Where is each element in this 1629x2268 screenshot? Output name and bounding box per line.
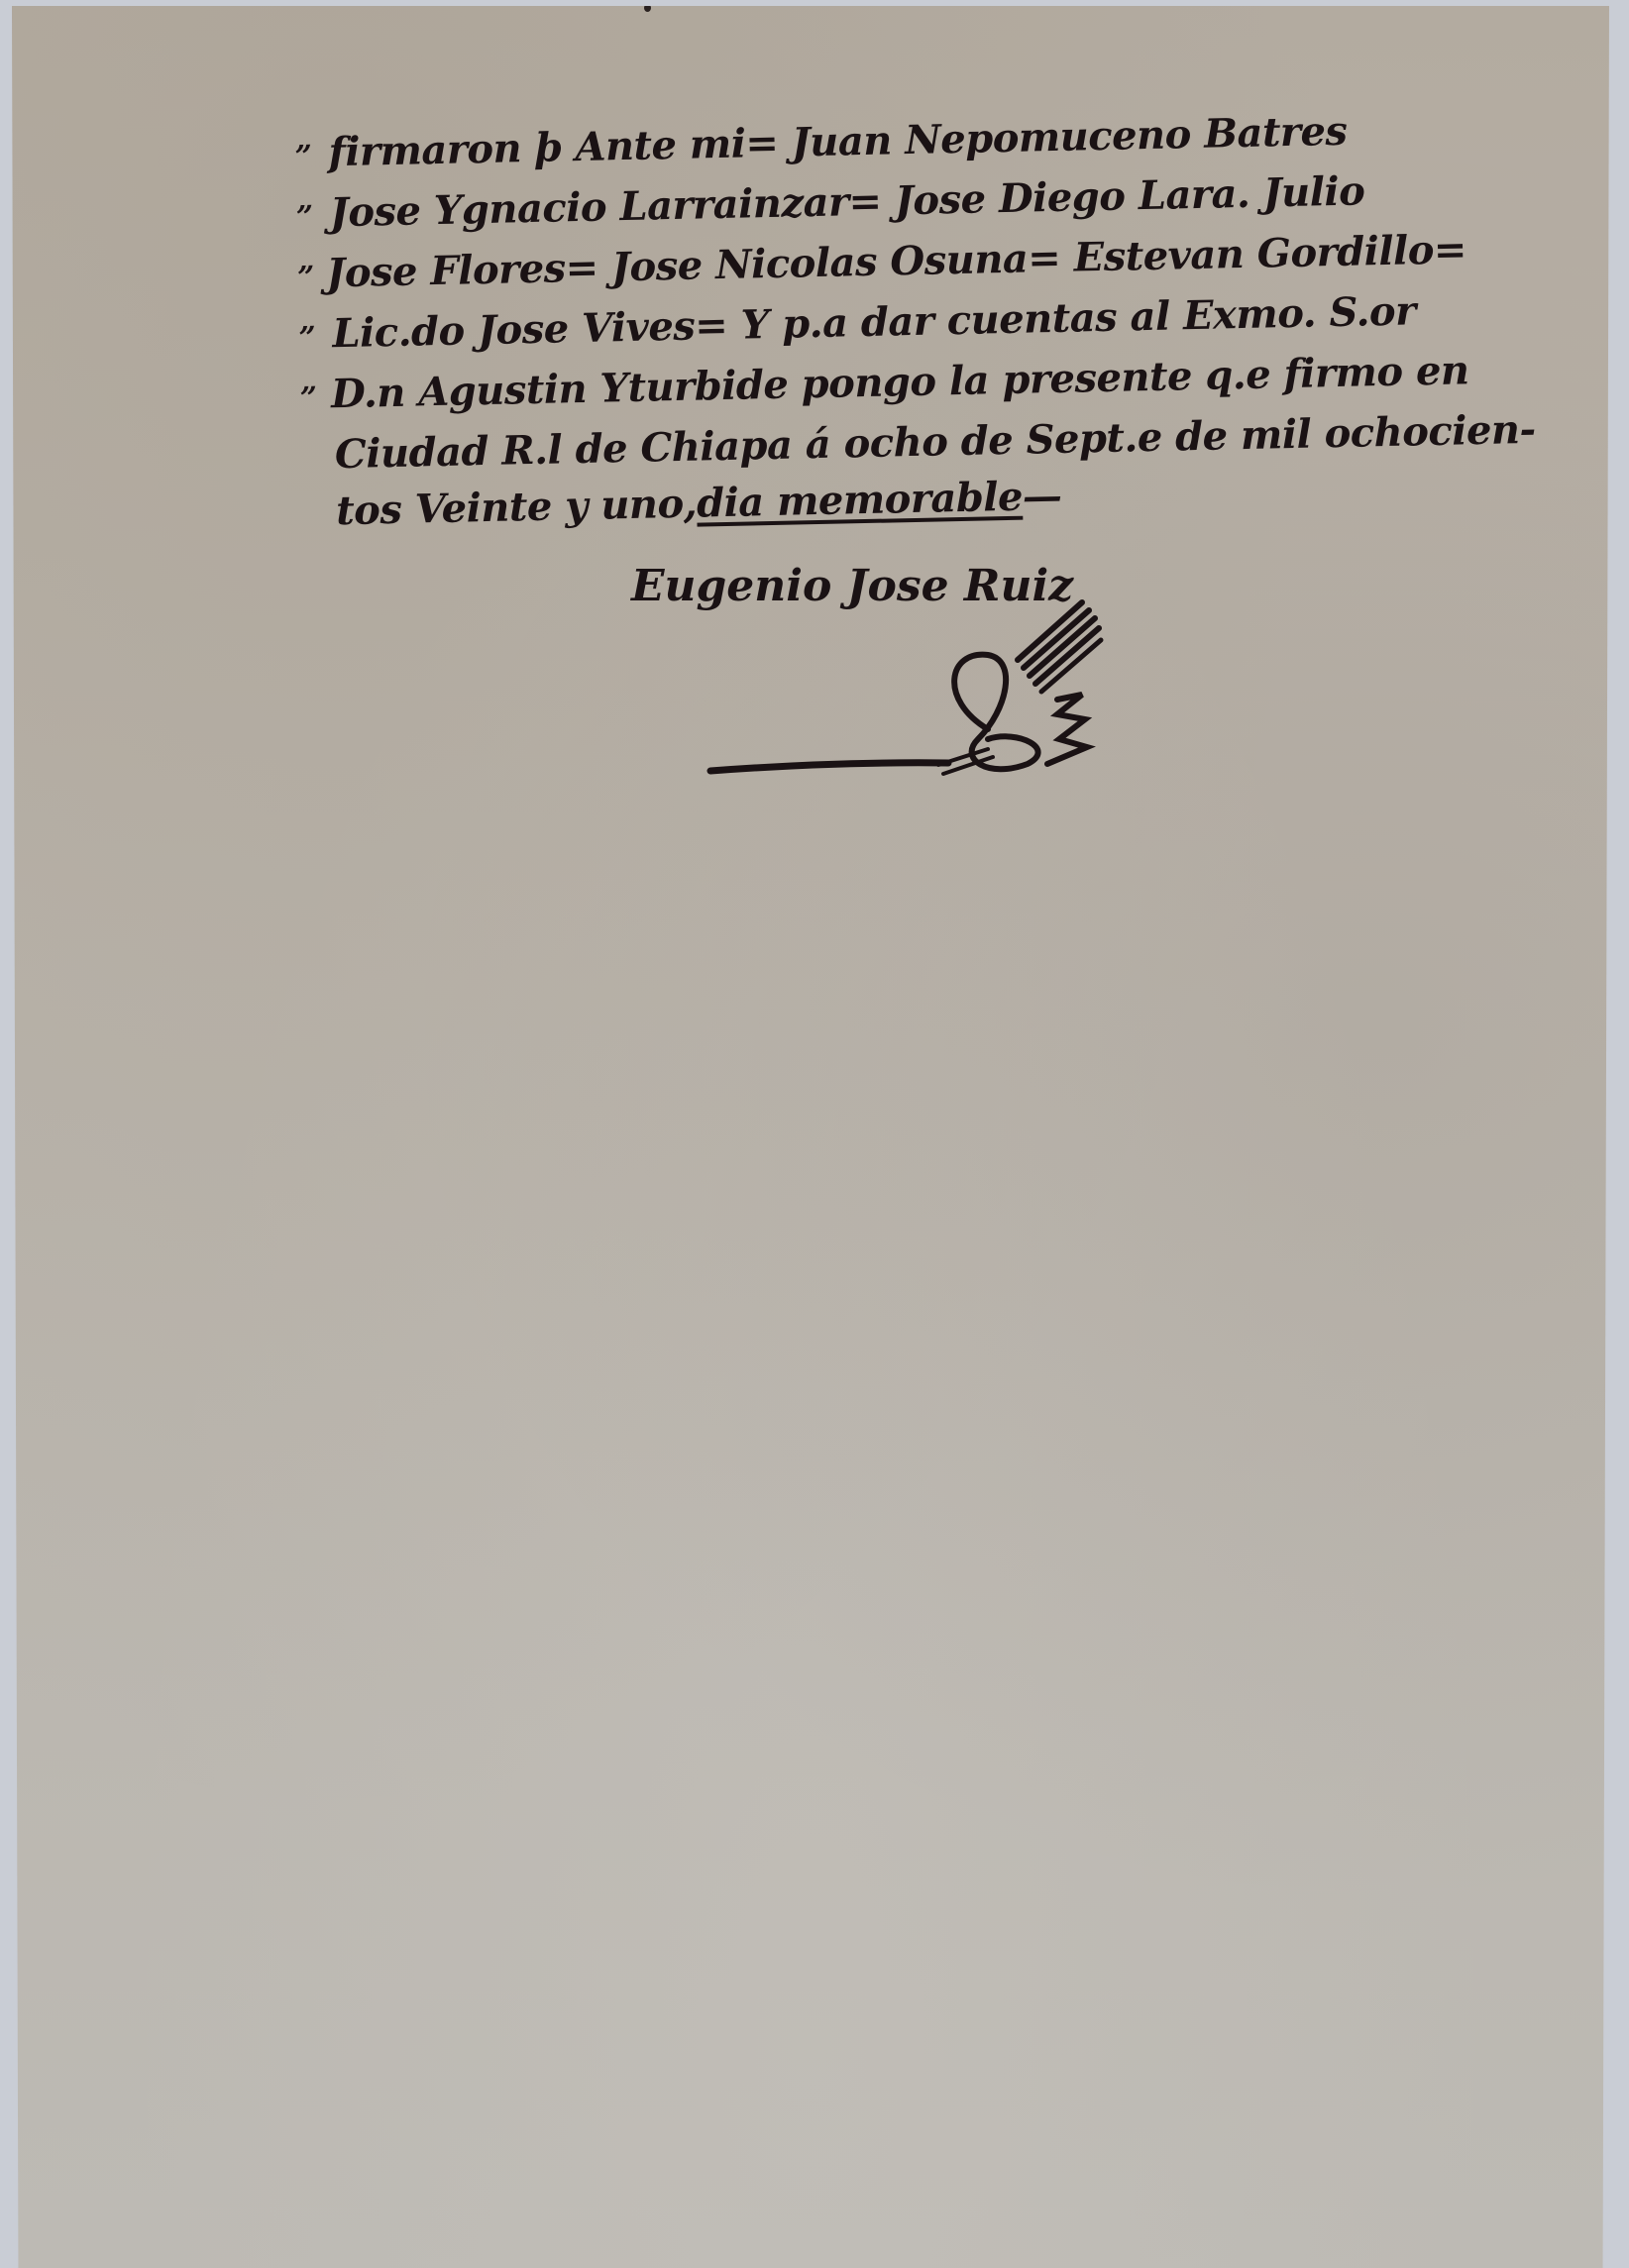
ditto-mark: ” (299, 370, 326, 427)
flourish-rubric-icon (691, 581, 1127, 779)
ink-speck (644, 4, 651, 12)
signature-block: Eugenio Jose Ruiz (631, 561, 1127, 759)
ditto-mark: ” (298, 309, 327, 367)
manuscript-text-block: ” firmaron þ Ante mi= Juan Nepomuceno Ba… (294, 100, 1472, 540)
underlined-phrase: dia memorable (696, 469, 1023, 532)
ditto-mark: ” (295, 188, 324, 246)
closing-dash: — (1022, 468, 1062, 525)
ditto-mark: ” (297, 249, 321, 305)
line-text: tos Veinte y uno, (336, 476, 698, 540)
ditto-mark: ” (294, 128, 323, 185)
manuscript-paper: ” firmaron þ Ante mi= Juan Nepomuceno Ba… (12, 6, 1609, 2268)
